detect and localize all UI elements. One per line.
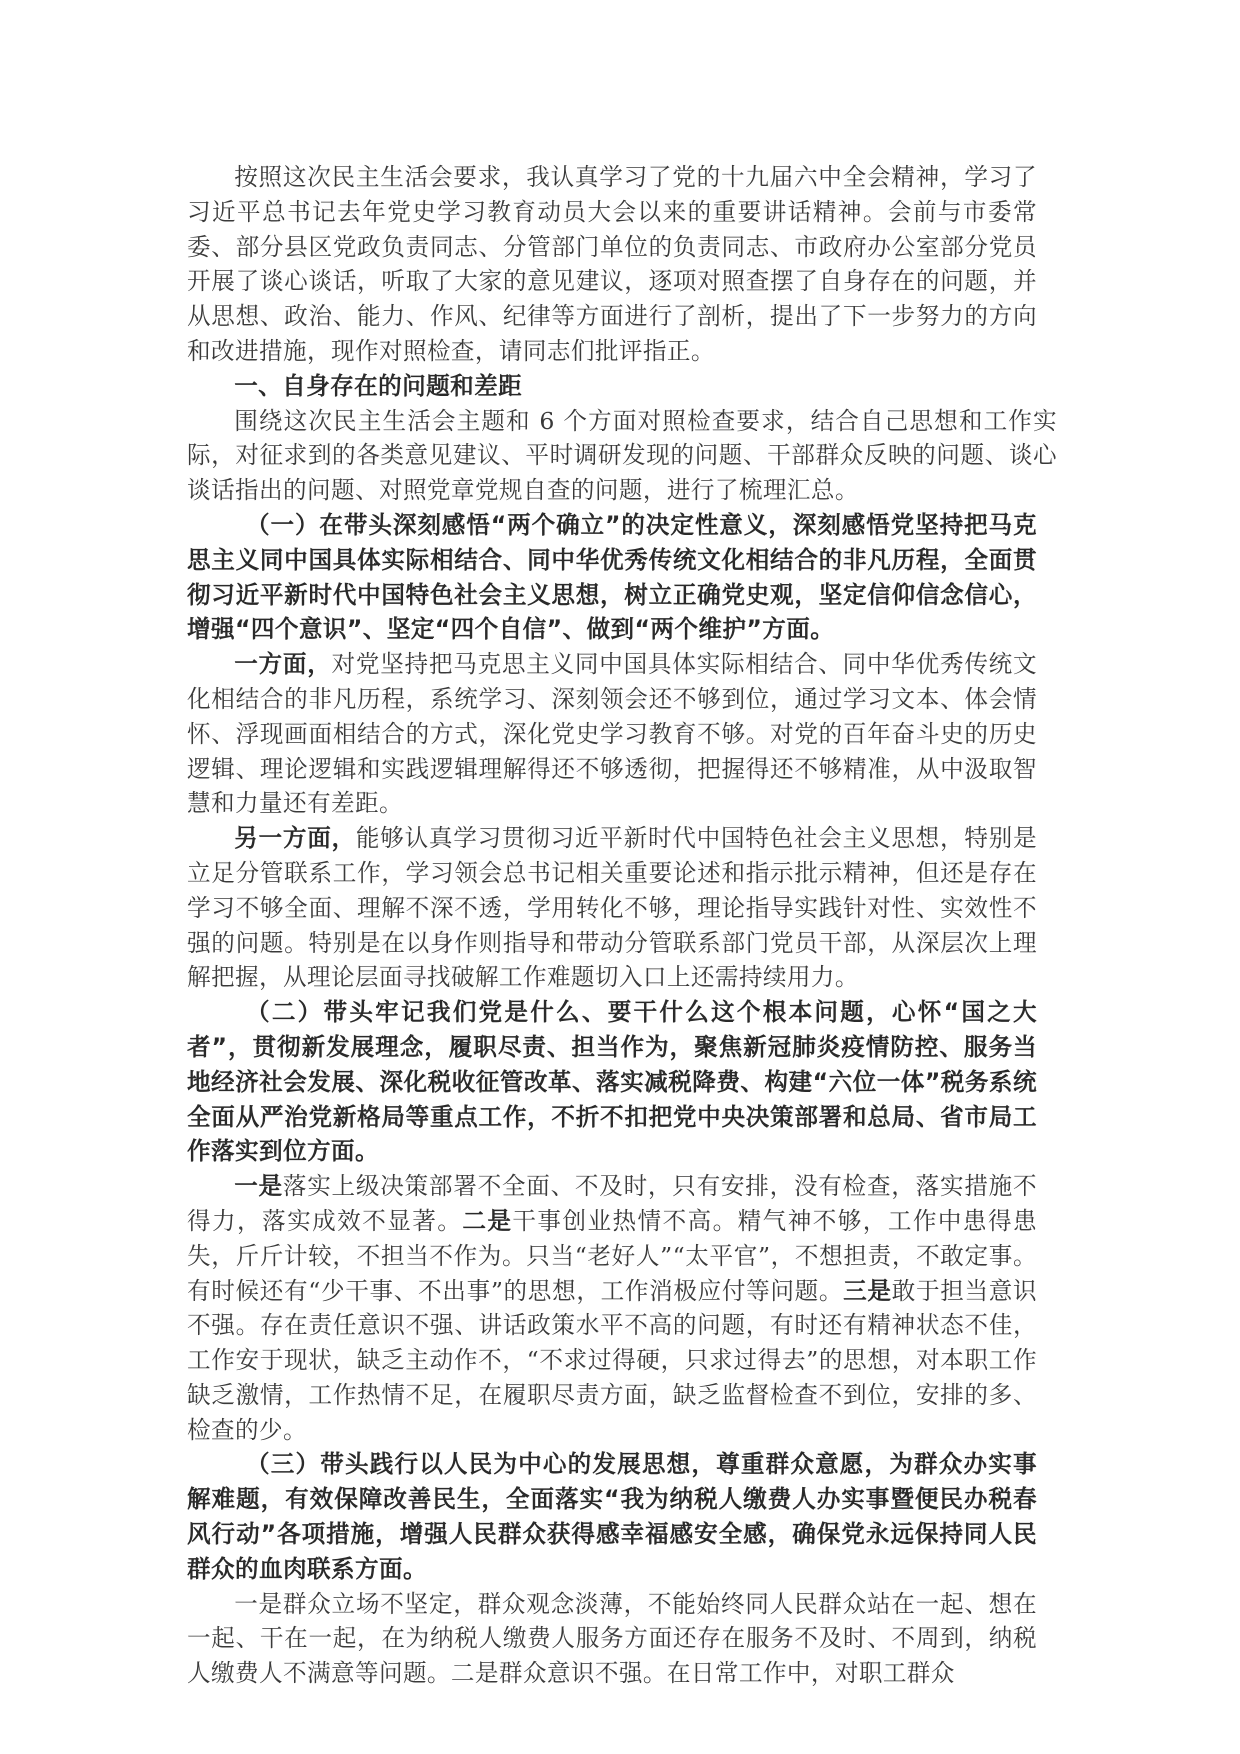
paragraph-one-aspect: 一方面，对党坚持把马克思主义同中国具体实际相结合、同中华优秀传统文化相结合的非凡… [187, 647, 1037, 821]
subsection-heading-3: （三）带头践行以人民为中心的发展思想，尊重群众意愿，为群众办实事解难题，有效保障… [187, 1447, 1037, 1586]
paragraph-masses: 一是群众立场不坚定，群众观念淡薄，不能始终同人民群众站在一起、想在一起、干在一起… [187, 1587, 1037, 1691]
section-heading: 一、自身存在的问题和差距 [187, 369, 1037, 404]
point-label-1: 一是 [234, 1172, 283, 1200]
point-label-2: 二是 [462, 1207, 512, 1235]
summary-paragraph: 围绕这次民主生活会主题和 6 个方面对照检查要求，结合自己思想和工作实际，对征求… [187, 404, 1057, 508]
subsection-heading-2: （二）带头牢记我们党是什么、要干什么这个根本问题，心怀“国之大者”，贯彻新发展理… [187, 995, 1037, 1169]
intro-paragraph: 按照这次民主生活会要求，我认真学习了党的十九届六中全会精神，学习了习近平总书记去… [187, 160, 1037, 369]
subsection-heading-1: （一）在带头深刻感悟“两个确立”的决定性意义，深刻感悟党坚持把马克思主义同中国具… [187, 508, 1037, 647]
document-page: 按照这次民主生活会要求，我认真学习了党的十九届六中全会精神，学习了习近平总书记去… [187, 160, 1037, 1691]
paragraph-other-aspect: 另一方面，能够认真学习贯彻习近平新时代中国特色社会主义思想，特别是立足分管联系工… [187, 821, 1037, 995]
paragraph-points: 一是落实上级决策部署不全面、不及时，只有安排，没有检查，落实措施不得力，落实成效… [187, 1169, 1037, 1447]
lead-label: 一方面， [234, 650, 331, 678]
point-label-3: 三是 [843, 1277, 892, 1305]
lead-label: 另一方面， [234, 824, 356, 852]
